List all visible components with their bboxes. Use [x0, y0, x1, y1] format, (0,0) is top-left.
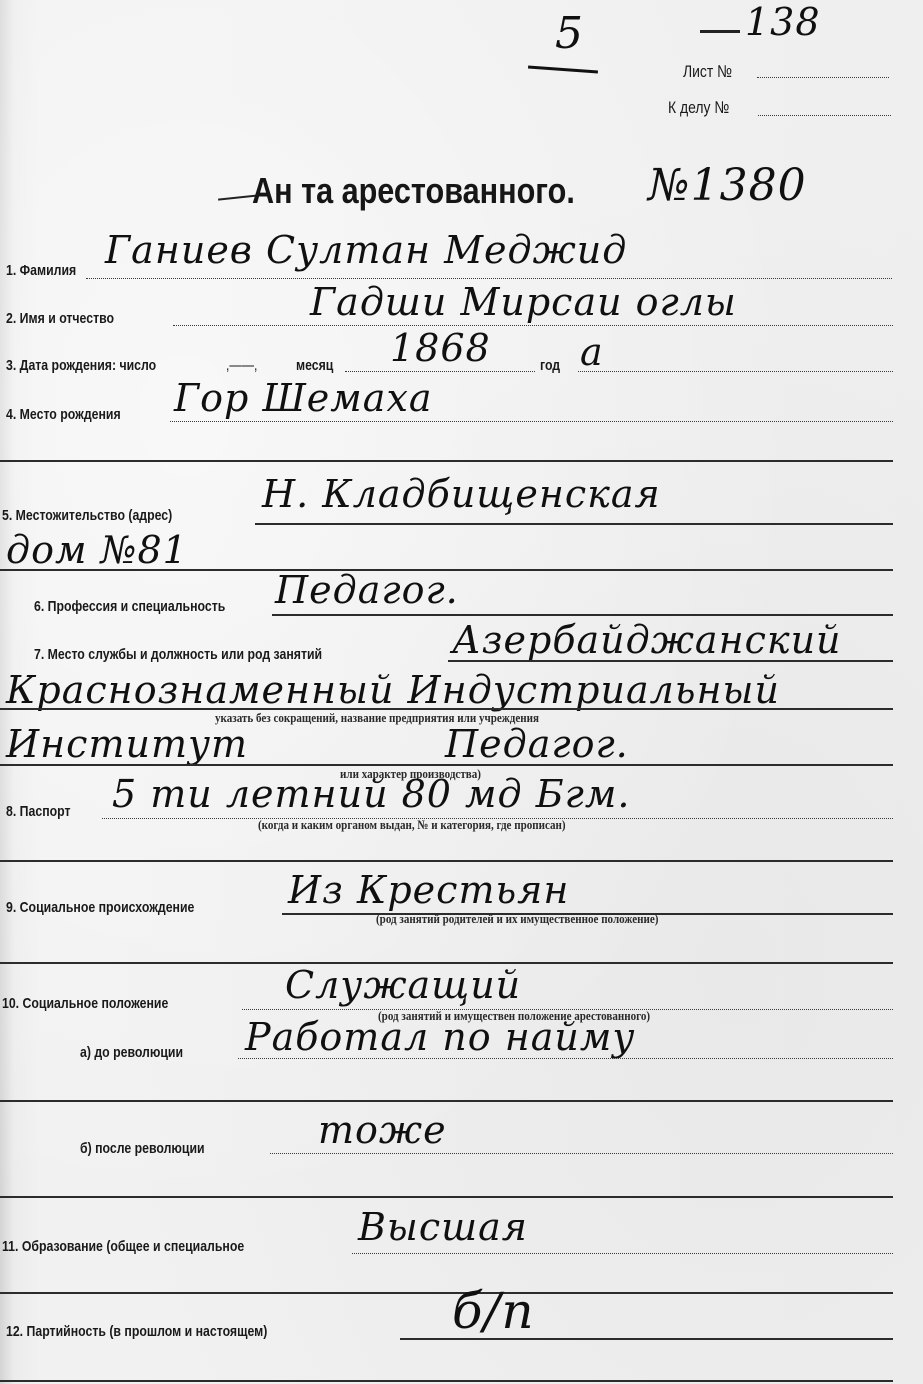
field-11-line	[352, 1253, 893, 1254]
corner-underline	[528, 66, 598, 74]
field-6-value[interactable]: Педагог.	[275, 568, 459, 612]
field-8-hint: (когда и каким органом выдан, № и катего…	[258, 817, 566, 833]
field-10b-label: б) после революции	[80, 1140, 205, 1157]
field-3-year-line	[578, 371, 893, 372]
field-2-label: 2. Имя и отчество	[6, 310, 114, 327]
field-3-month-line	[345, 371, 535, 372]
form-number: №1380	[648, 160, 807, 211]
sheet-label: Лист №	[683, 62, 732, 82]
field-7-line	[448, 660, 893, 662]
case-label: К делу №	[668, 98, 729, 118]
field-10a-line	[238, 1058, 893, 1059]
field-3-month-value[interactable]: 1868	[390, 326, 491, 370]
field-11-label: 11. Образование (общее и специальное	[2, 1238, 244, 1255]
field-6-label: 6. Профессия и специальность	[34, 598, 225, 615]
field-5-value-line2[interactable]: дом №81	[6, 528, 188, 572]
field-8-extra-line	[0, 860, 893, 862]
field-1-label: 1. Фамилия	[6, 262, 76, 279]
field-5-line	[255, 523, 893, 525]
field-4-extra-line	[0, 460, 893, 462]
field-12-label: 12. Партийность (в прошлом и настоящем)	[6, 1323, 267, 1340]
field-7-label: 7. Место службы и должность или род заня…	[34, 646, 322, 663]
field-3-month-label: месяц	[296, 357, 333, 374]
field-3-label: 3. Дата рождения: число	[6, 357, 156, 374]
sheet-line	[757, 77, 889, 78]
field-5-label: 5. Местожительство (адрес)	[2, 507, 172, 524]
field-5-value[interactable]: Н. Кладбищенская	[262, 472, 661, 516]
case-line	[758, 115, 891, 116]
field-10a-value[interactable]: Работал по найму	[245, 1015, 635, 1059]
field-10a-extra-line	[0, 1100, 893, 1102]
corner-mark: 5	[555, 8, 584, 59]
field-3-day[interactable]: ,——,	[226, 357, 257, 374]
field-12-line	[400, 1338, 893, 1340]
field-12-value[interactable]: б/п	[452, 1282, 535, 1340]
field-10b-line	[270, 1153, 893, 1154]
archive-dash	[700, 30, 740, 33]
field-7-value-line3[interactable]: Институт	[6, 722, 248, 766]
field-9-label: 9. Социальное происхождение	[6, 899, 194, 916]
field-3-year-label: год	[540, 357, 560, 374]
field-7-value-line2[interactable]: Краснознаменный Индустриальный	[6, 668, 780, 712]
field-10a-label: а) до революции	[80, 1044, 183, 1061]
field-11-value[interactable]: Высшая	[358, 1205, 528, 1249]
field-2-line	[173, 325, 893, 326]
field-10b-value[interactable]: тоже	[318, 1108, 447, 1152]
field-11-extra-line	[0, 1292, 893, 1294]
field-4-line	[170, 421, 893, 422]
field-9-hint: (род занятий родителей и их имущественно…	[376, 911, 658, 927]
form-title: Ан та арестованного.	[252, 170, 575, 212]
field-7-value-line3b[interactable]: Педагог.	[445, 722, 629, 766]
field-7-value[interactable]: Азербайджанский	[452, 618, 842, 662]
field-10-label: 10. Социальное положение	[2, 995, 168, 1012]
field-3-year-value[interactable]: а	[580, 330, 604, 374]
archive-number: 138	[745, 0, 821, 44]
field-4-label: 4. Место рождения	[6, 406, 121, 423]
field-1-value[interactable]: Ганиев Султан Меджид	[105, 228, 627, 272]
field-8-label: 8. Паспорт	[6, 803, 71, 820]
field-12-extra-line	[0, 1380, 893, 1382]
field-6-line	[272, 614, 893, 616]
field-10-value[interactable]: Служащий	[285, 963, 521, 1007]
field-9-value[interactable]: Из Крестьян	[288, 868, 569, 912]
field-2-value[interactable]: Гадши Мирсаи оглы	[310, 280, 737, 324]
field-1-line	[86, 278, 892, 279]
field-4-value[interactable]: Гор Шемаха	[174, 376, 433, 420]
field-8-value[interactable]: 5 ти летний 80 мд Бгм.	[112, 772, 630, 816]
field-10b-extra-line	[0, 1196, 893, 1198]
